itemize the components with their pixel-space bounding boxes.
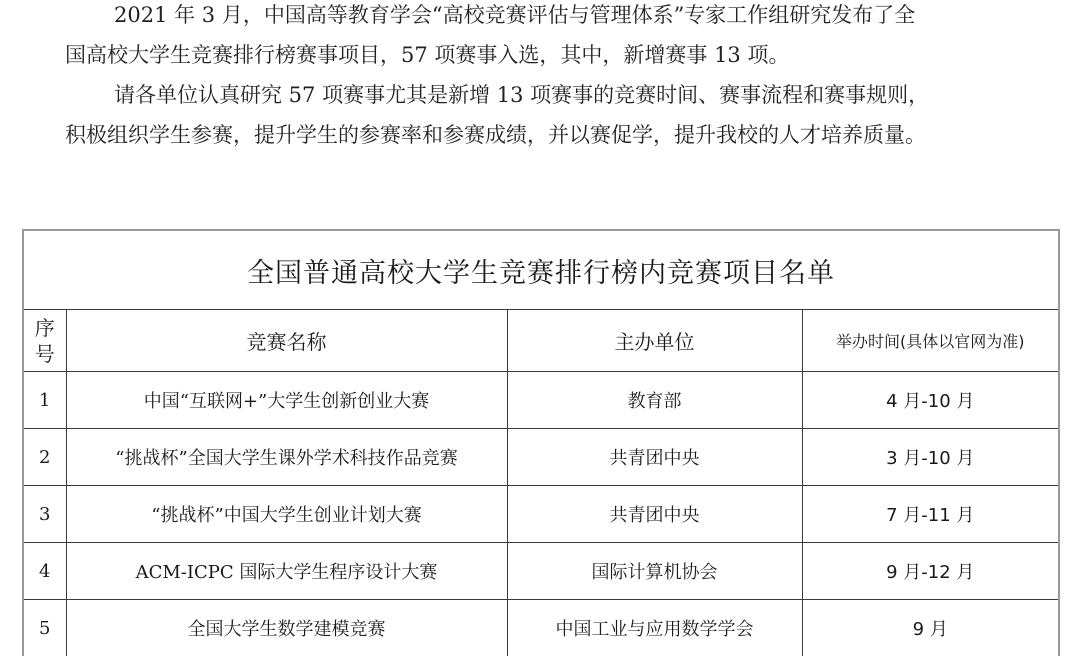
- row-organizer: 教育部: [507, 372, 802, 429]
- table-row: 2 “挑战杯”全国大学生课外学术科技作品竞赛 共青团中央 3 月-10 月: [23, 429, 1059, 486]
- row-time: 3 月-10 月: [802, 429, 1059, 486]
- row-organizer: 国际计算机协会: [507, 543, 802, 600]
- row-organizer: 中国工业与应用数学学会: [507, 600, 802, 656]
- table-row: 3 “挑战杯”中国大学生创业计划大赛 共青团中央 7 月-11 月: [23, 486, 1059, 543]
- row-time: 7 月-11 月: [802, 486, 1059, 543]
- intro-paragraph-2-line-1: 请各单位认真研究 57 项赛事尤其是新增 13 项赛事的竞赛时间、赛事流程和赛事…: [0, 75, 1080, 115]
- row-seq: 4: [23, 543, 66, 600]
- intro-paragraph-1-line-2: 国高校大学生竞赛排行榜赛事项目，57 项赛事入选，其中，新增赛事 13 项。: [0, 35, 1080, 75]
- row-organizer: 共青团中央: [507, 486, 802, 543]
- table-header-row: 序号 竞赛名称 主办单位 举办时间(具体以官网为准): [23, 310, 1059, 372]
- row-seq: 2: [23, 429, 66, 486]
- table-row: 5 全国大学生数学建模竞赛 中国工业与应用数学学会 9 月: [23, 600, 1059, 656]
- intro-paragraph-2: 请各单位认真研究 57 项赛事尤其是新增 13 项赛事的竞赛时间、赛事流程和赛事…: [0, 75, 1080, 155]
- row-time: 9 月: [802, 600, 1059, 656]
- row-name: 全国大学生数学建模竞赛: [66, 600, 507, 656]
- table-title: 全国普通高校大学生竞赛排行榜内竞赛项目名单: [23, 230, 1059, 310]
- row-seq: 5: [23, 600, 66, 656]
- row-time: 4 月-10 月: [802, 372, 1059, 429]
- table-row: 1 中国“互联网+”大学生创新创业大赛 教育部 4 月-10 月: [23, 372, 1059, 429]
- intro-paragraph-2-line-2: 积极组织学生参赛，提升学生的参赛率和参赛成绩，并以赛促学，提升我校的人才培养质量…: [0, 115, 1080, 155]
- intro-paragraph-1-line-1: 2021 年 3 月，中国高等教育学会“高校竞赛评估与管理体系”专家工作组研究发…: [0, 0, 1080, 35]
- competition-table: 全国普通高校大学生竞赛排行榜内竞赛项目名单 序号 竞赛名称 主办单位 举办时间(…: [22, 229, 1060, 656]
- row-seq: 3: [23, 486, 66, 543]
- row-name: 中国“互联网+”大学生创新创业大赛: [66, 372, 507, 429]
- intro-paragraph-1: 2021 年 3 月，中国高等教育学会“高校竞赛评估与管理体系”专家工作组研究发…: [0, 0, 1080, 75]
- row-seq: 1: [23, 372, 66, 429]
- row-name: ACM-ICPC 国际大学生程序设计大赛: [66, 543, 507, 600]
- header-organizer: 主办单位: [507, 310, 802, 372]
- table-row: 4 ACM-ICPC 国际大学生程序设计大赛 国际计算机协会 9 月-12 月: [23, 543, 1059, 600]
- row-name: “挑战杯”全国大学生课外学术科技作品竞赛: [66, 429, 507, 486]
- row-time: 9 月-12 月: [802, 543, 1059, 600]
- header-name: 竞赛名称: [66, 310, 507, 372]
- header-seq: 序号: [23, 310, 66, 372]
- row-name: “挑战杯”中国大学生创业计划大赛: [66, 486, 507, 543]
- row-organizer: 共青团中央: [507, 429, 802, 486]
- table-title-row: 全国普通高校大学生竞赛排行榜内竞赛项目名单: [23, 230, 1059, 310]
- header-time: 举办时间(具体以官网为准): [802, 310, 1059, 372]
